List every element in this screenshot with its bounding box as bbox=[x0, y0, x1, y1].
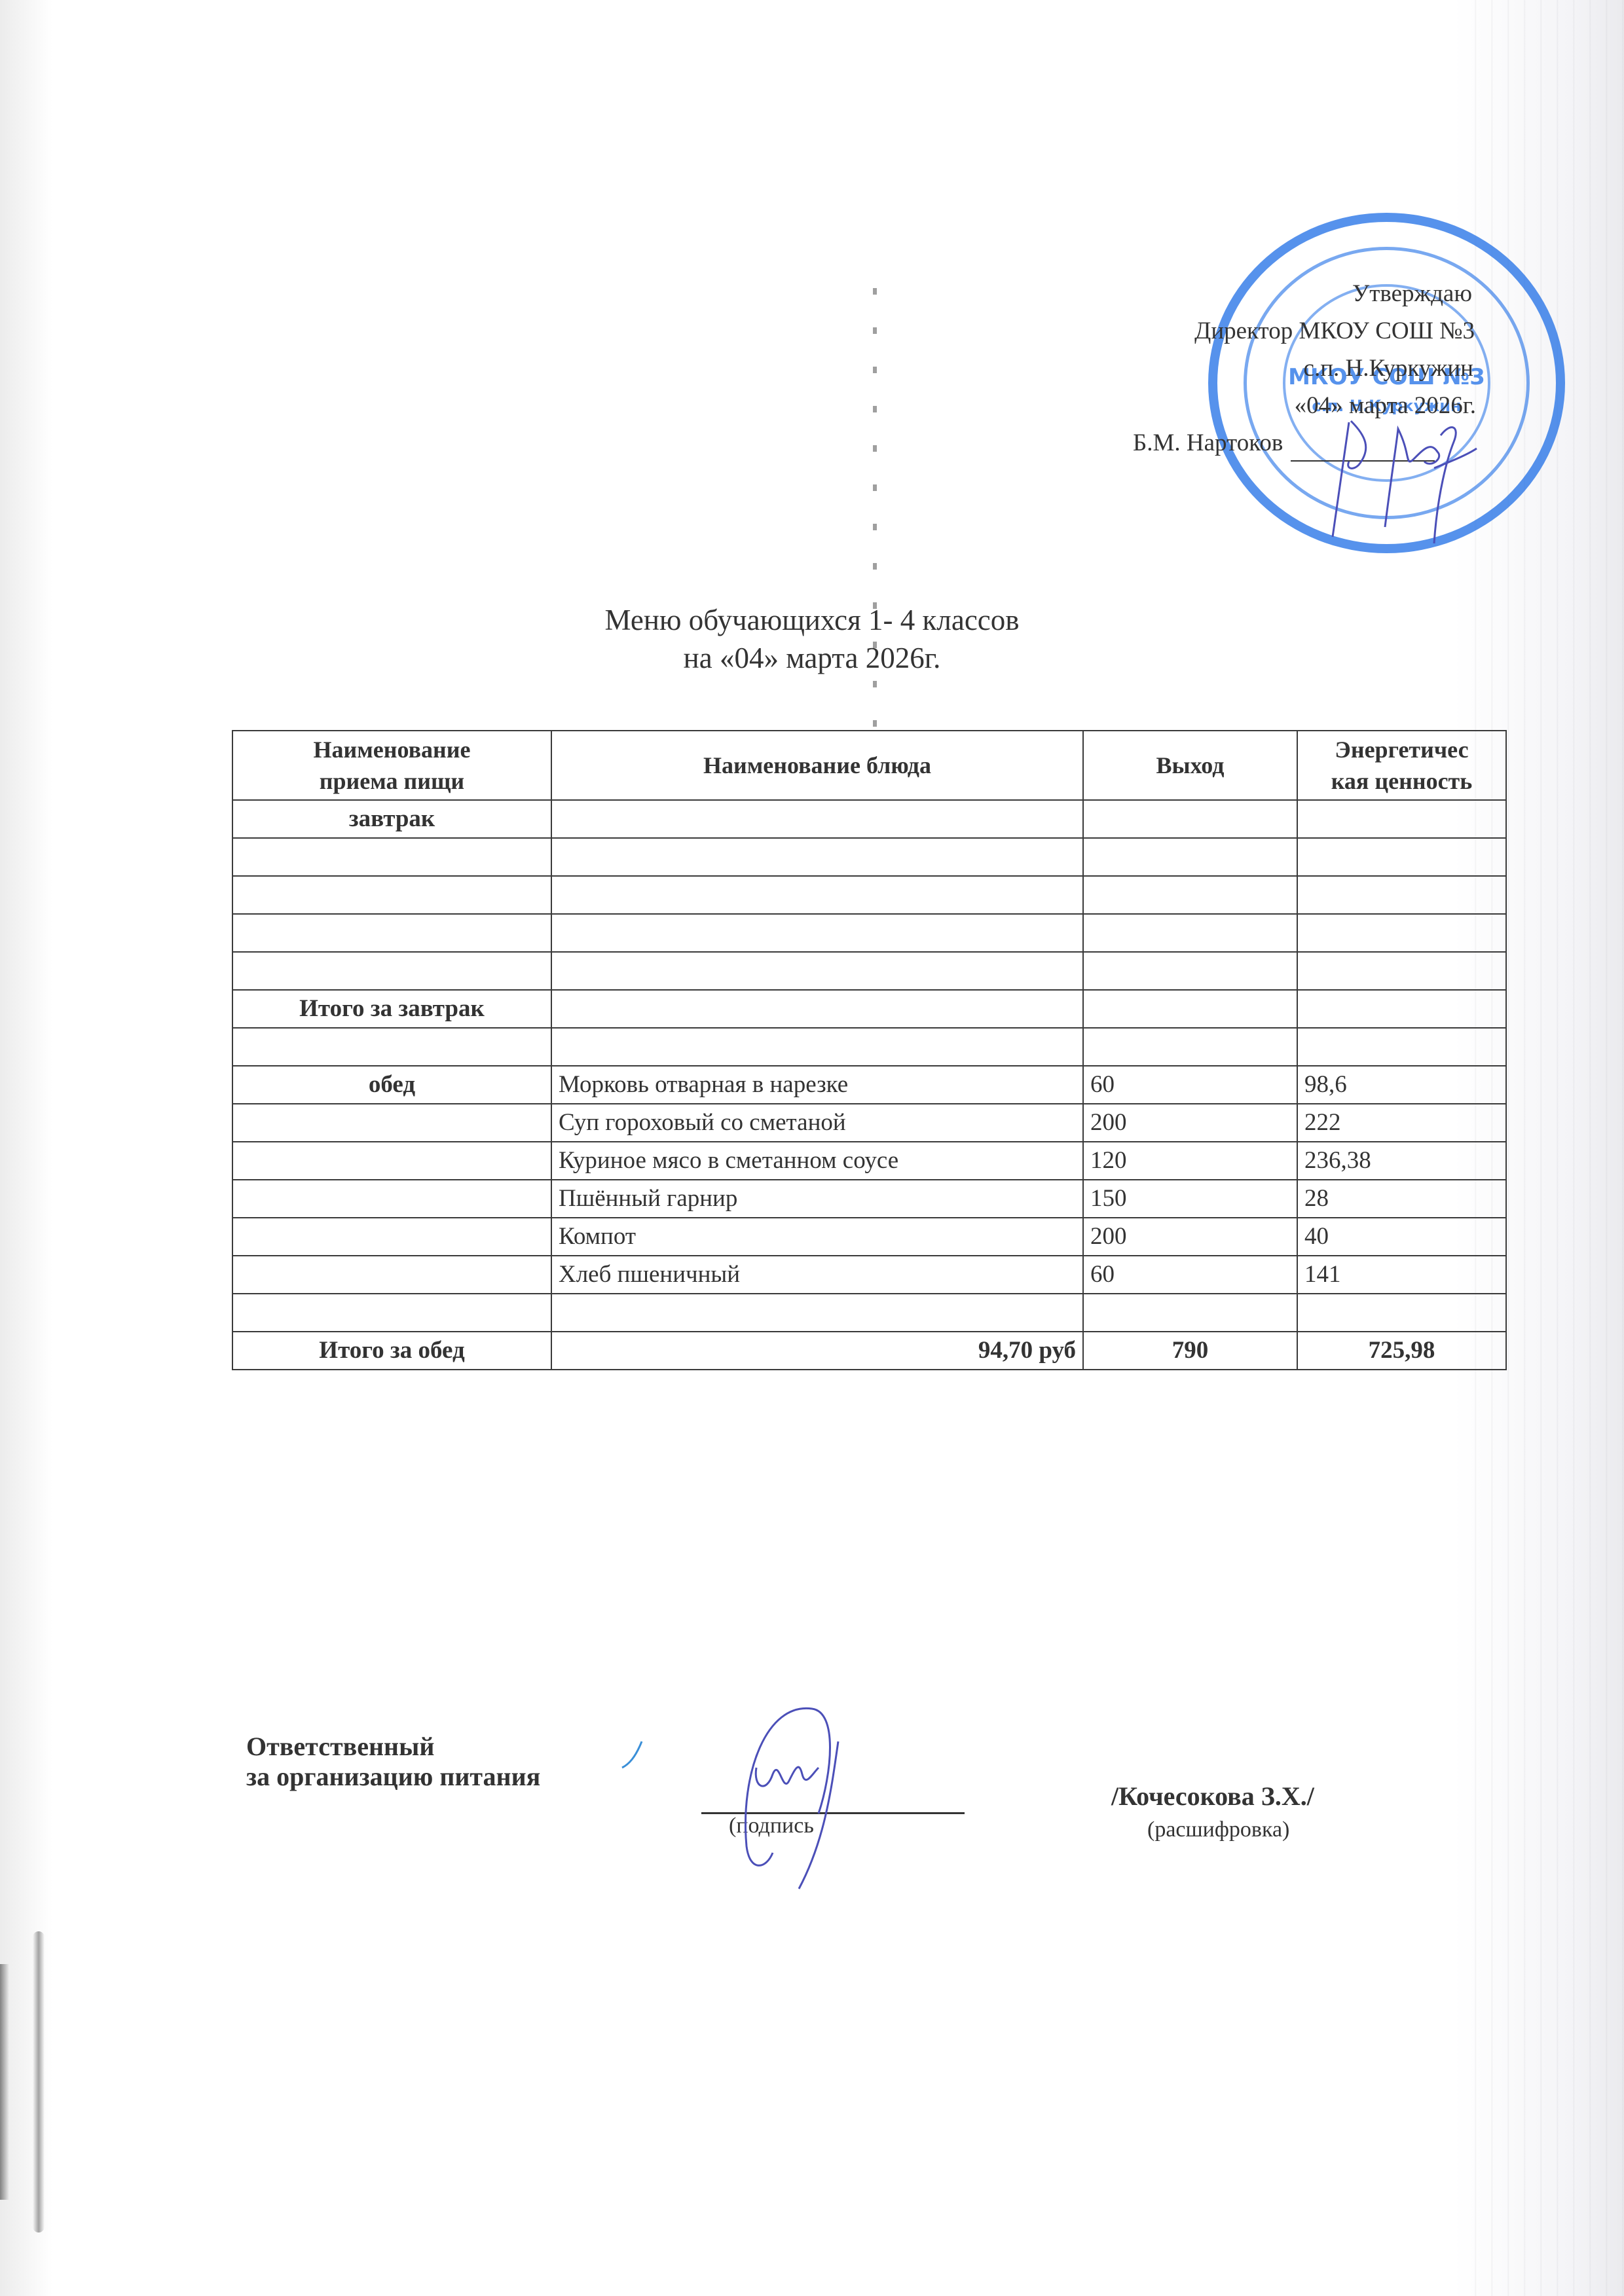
header-meal: Наименованиеприема пищи bbox=[232, 731, 551, 800]
dish-cell bbox=[551, 952, 1083, 990]
energy-cell: 98,6 bbox=[1297, 1066, 1506, 1104]
dish-cell: Морковь отварная в нарезке bbox=[551, 1066, 1083, 1104]
yield-cell: 200 bbox=[1083, 1218, 1297, 1256]
dish-cell bbox=[551, 914, 1083, 952]
meal-cell bbox=[232, 1256, 551, 1294]
table-row: Куриное мясо в сметанном соусе120236,38 bbox=[232, 1142, 1506, 1180]
energy-cell: 222 bbox=[1297, 1104, 1506, 1142]
energy-cell bbox=[1297, 876, 1506, 914]
meal-cell bbox=[232, 1142, 551, 1180]
energy-cell bbox=[1297, 1028, 1506, 1066]
table-row: Пшённый гарнир15028 bbox=[232, 1180, 1506, 1218]
table-row: Компот20040 bbox=[232, 1218, 1506, 1256]
yield-cell bbox=[1083, 800, 1297, 838]
table-row bbox=[232, 838, 1506, 876]
yield-cell bbox=[1083, 838, 1297, 876]
meal-cell bbox=[232, 1104, 551, 1142]
meal-cell bbox=[232, 1028, 551, 1066]
table-total-row: Итого за обед94,70 руб790725,98 bbox=[232, 1332, 1506, 1370]
yield-cell bbox=[1083, 990, 1297, 1028]
header-label: Энергетическая ценность bbox=[1331, 737, 1473, 794]
scan-artifact bbox=[33, 1931, 45, 2232]
dish-cell: Хлеб пшеничный bbox=[551, 1256, 1083, 1294]
responsible-line-1: Ответственный bbox=[246, 1732, 540, 1762]
yield-cell: 120 bbox=[1083, 1142, 1297, 1180]
energy-cell: 28 bbox=[1297, 1180, 1506, 1218]
header-dish: Наименование блюда bbox=[551, 731, 1083, 800]
yield-cell: 150 bbox=[1083, 1180, 1297, 1218]
table-row: завтрак bbox=[232, 800, 1506, 838]
meal-cell bbox=[232, 876, 551, 914]
signatory-line: Б.М. Нартоков bbox=[1133, 424, 1526, 462]
yield-cell bbox=[1083, 1294, 1297, 1332]
total-yield-cell: 790 bbox=[1083, 1332, 1297, 1370]
signatory-name: Б.М. Нартоков bbox=[1133, 429, 1283, 456]
dish-cell: Суп гороховый со сметаной bbox=[551, 1104, 1083, 1142]
yield-cell bbox=[1083, 1028, 1297, 1066]
table-row bbox=[232, 876, 1506, 914]
table-row: обедМорковь отварная в нарезке6098,6 bbox=[232, 1066, 1506, 1104]
title-line-2: на «04» марта 2026г. bbox=[0, 639, 1624, 677]
header-label: Наименованиеприема пищи bbox=[314, 737, 471, 794]
menu-table: Наименованиеприема пищи Наименование блю… bbox=[232, 730, 1507, 1370]
energy-cell bbox=[1297, 800, 1506, 838]
table-row: Суп гороховый со сметаной200222 bbox=[232, 1104, 1506, 1142]
energy-cell bbox=[1297, 1294, 1506, 1332]
meal-cell bbox=[232, 952, 551, 990]
header-energy: Энергетическая ценность bbox=[1297, 731, 1506, 800]
director-line: Директор МКОУ СОШ №3 bbox=[1133, 312, 1526, 350]
table-total-row: Итого за завтрак bbox=[232, 990, 1506, 1028]
table-row bbox=[232, 914, 1506, 952]
meal-cell: Итого за обед bbox=[232, 1332, 551, 1370]
signature-caption: (подпись bbox=[729, 1813, 814, 1838]
dish-cell bbox=[551, 1294, 1083, 1332]
energy-cell: 40 bbox=[1297, 1218, 1506, 1256]
header-yield: Выход bbox=[1083, 731, 1297, 800]
scan-left-edge bbox=[0, 0, 52, 2296]
table-row bbox=[232, 1028, 1506, 1066]
energy-cell bbox=[1297, 952, 1506, 990]
meal-cell bbox=[232, 1294, 551, 1332]
meal-cell bbox=[232, 838, 551, 876]
responsible-signature bbox=[727, 1696, 891, 1892]
signature-line bbox=[1291, 434, 1435, 462]
yield-cell bbox=[1083, 914, 1297, 952]
approval-date: «04» марта 2026г. bbox=[1133, 387, 1526, 424]
energy-cell: 141 bbox=[1297, 1256, 1506, 1294]
dish-cell: Пшённый гарнир bbox=[551, 1180, 1083, 1218]
document-title: Меню обучающихся 1- 4 классов на «04» ма… bbox=[0, 601, 1624, 677]
yield-cell: 60 bbox=[1083, 1066, 1297, 1104]
pen-mark bbox=[619, 1738, 645, 1771]
dish-cell bbox=[551, 800, 1083, 838]
scan-artifact bbox=[0, 1964, 9, 2200]
yield-cell: 200 bbox=[1083, 1104, 1297, 1142]
responsible-name: /Кочесокова З.Х./ bbox=[1111, 1781, 1314, 1812]
approve-label: Утверждаю bbox=[1133, 275, 1526, 312]
place-line: с.п. Н.Куркужин bbox=[1133, 350, 1526, 387]
meal-cell: завтрак bbox=[232, 800, 551, 838]
table-row bbox=[232, 952, 1506, 990]
dish-cell bbox=[551, 876, 1083, 914]
title-line-1: Меню обучающихся 1- 4 классов bbox=[0, 601, 1624, 639]
meal-cell: обед bbox=[232, 1066, 551, 1104]
table-row bbox=[232, 1294, 1506, 1332]
energy-cell: 236,38 bbox=[1297, 1142, 1506, 1180]
total-energy-cell: 725,98 bbox=[1297, 1332, 1506, 1370]
dish-cell: Куриное мясо в сметанном соусе bbox=[551, 1142, 1083, 1180]
approval-block: Утверждаю Директор МКОУ СОШ №3 с.п. Н.Ку… bbox=[1133, 275, 1526, 462]
meal-cell bbox=[232, 1218, 551, 1256]
meal-cell: Итого за завтрак bbox=[232, 990, 551, 1028]
energy-cell bbox=[1297, 990, 1506, 1028]
yield-cell: 60 bbox=[1083, 1256, 1297, 1294]
energy-cell bbox=[1297, 838, 1506, 876]
dish-cell bbox=[551, 838, 1083, 876]
name-caption: (расшифровка) bbox=[1147, 1817, 1289, 1842]
dish-cell bbox=[551, 1028, 1083, 1066]
yield-cell bbox=[1083, 876, 1297, 914]
dish-cell bbox=[551, 990, 1083, 1028]
table-row: Хлеб пшеничный60141 bbox=[232, 1256, 1506, 1294]
header-label: Наименование блюда bbox=[703, 752, 931, 778]
header-label: Выход bbox=[1156, 752, 1225, 778]
dish-cell: Компот bbox=[551, 1218, 1083, 1256]
meal-cell bbox=[232, 914, 551, 952]
energy-cell bbox=[1297, 914, 1506, 952]
meal-cell bbox=[232, 1180, 551, 1218]
responsible-label: Ответственный за организацию питания bbox=[246, 1732, 540, 1792]
yield-cell bbox=[1083, 952, 1297, 990]
responsible-line-2: за организацию питания bbox=[246, 1762, 540, 1792]
table-header-row: Наименованиеприема пищи Наименование блю… bbox=[232, 731, 1506, 800]
total-price-cell: 94,70 руб bbox=[551, 1332, 1083, 1370]
